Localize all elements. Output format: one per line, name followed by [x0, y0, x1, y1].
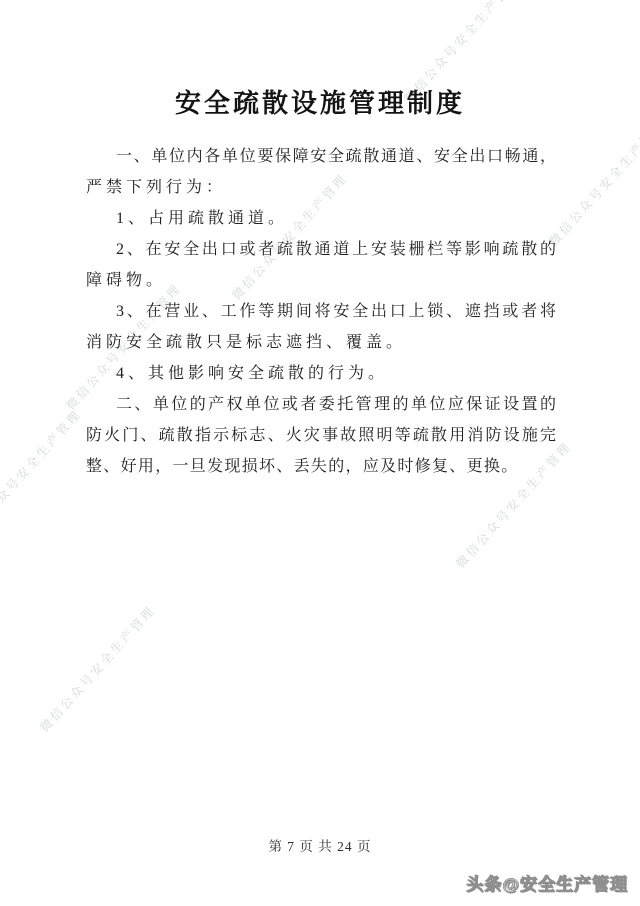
document-title: 安全疏散设施管理制度 — [0, 83, 640, 120]
document-page: 微信公众号安全生产管理 微信公众号安全生产管理 微信公众号安全生产管理 微信公众… — [0, 0, 640, 906]
diagonal-watermark: 微信公众号安全生产管理 — [545, 115, 640, 249]
body-line: 整、好用，一旦发现损坏、丢失的，应及时修复、更换。 — [86, 451, 556, 482]
body-line: 3、在营业、工作等期间将安全出口上锁、遮挡或者将 — [86, 296, 556, 327]
body-line: 1、占用疏散通道。 — [86, 203, 556, 234]
toutiao-watermark: 头条@安全生产管理 — [466, 870, 628, 895]
body-line: 一、单位内各单位要保障安全疏散通道、安全出口畅通， — [86, 141, 556, 172]
body-line: 消防安全疏散只是标志遮挡、覆盖。 — [86, 327, 556, 358]
body-line: 防火门、疏散指示标志、火灾事故照明等疏散用消防设施完 — [86, 420, 556, 451]
body-line: 严禁下列行为： — [86, 172, 556, 203]
body-line: 二、单位的产权单位或者委托管理的单位应保证设置的 — [86, 389, 556, 420]
body-line: 2、在安全出口或者疏散通道上安装栅栏等影响疏散的 — [86, 234, 556, 265]
diagonal-watermark: 微信公众号安全生产管理 — [36, 601, 159, 735]
document-body: 一、单位内各单位要保障安全疏散通道、安全出口畅通， 严禁下列行为： 1、占用疏散… — [86, 141, 556, 482]
body-line: 4、其他影响安全疏散的行为。 — [86, 358, 556, 389]
page-number: 第 7 页 共 24 页 — [0, 835, 640, 855]
body-line: 障碍物。 — [86, 265, 556, 296]
diagonal-watermark: 微信公众号安全生产管理 — [0, 405, 85, 539]
